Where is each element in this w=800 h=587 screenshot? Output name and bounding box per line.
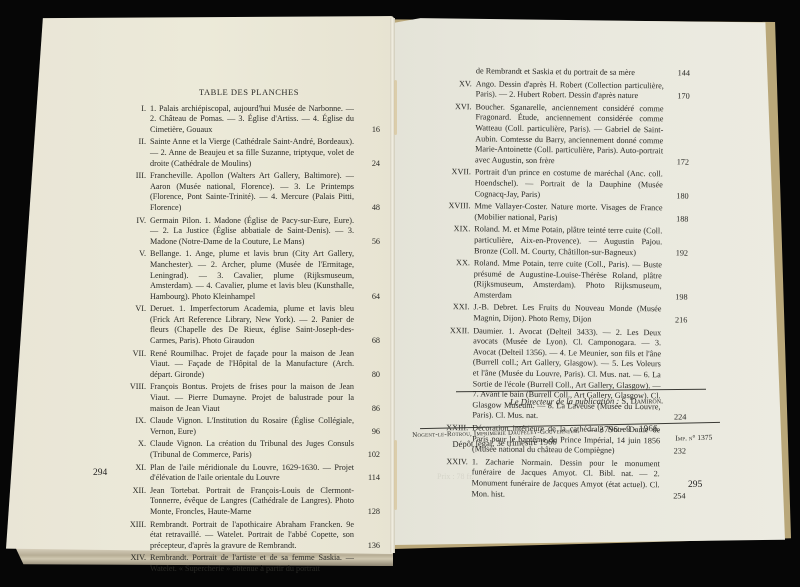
entry-page: 188: [662, 214, 688, 225]
toc-entry: VI.Deruet. 1. Imperfectorum Academia, pl…: [118, 304, 380, 346]
open-book: TABLE DES PLANCHES I.1. Palais archiépis…: [0, 0, 800, 587]
plate-number: XXI.: [437, 302, 473, 324]
impression-number: Imp. n° 1375: [675, 433, 712, 444]
entry-text: Francheville. Apollon (Walters Art Galle…: [150, 171, 354, 213]
entry-page: 136: [354, 541, 380, 552]
entry-page: 48: [354, 203, 380, 214]
show-through-text: Prix : 78 fr.: [437, 472, 473, 481]
entry-text: Portrait d'un prince en costume de maréc…: [475, 168, 663, 202]
binding-mark: [394, 80, 397, 135]
entry-text: Boucher. Sganarelle, anciennement consid…: [475, 102, 664, 168]
entry-text: Claude Vignon. L'Institution du Rosaire …: [150, 416, 354, 437]
plate-number: XX.: [438, 258, 474, 301]
entry-page: 128: [354, 507, 380, 518]
toc-entry: XIX.Roland. M. et Mme Potain, plâtre tei…: [438, 224, 688, 258]
publication-director: Le Directeur de la publication : S. Dami…: [510, 395, 663, 406]
entry-page: 64: [354, 292, 380, 303]
entry-text: Deruet. 1. Imperfectorum Academia, plume…: [150, 304, 354, 346]
entry-page: 198: [662, 292, 688, 303]
toc-entry: XVIII.Mme Vallayer-Coster. Nature morte.…: [438, 201, 688, 225]
entry-page: 96: [354, 427, 380, 438]
entry-page: 102: [354, 450, 380, 461]
toc-entry: XX.Roland. Mme Potain, terre cuite (Coll…: [438, 258, 688, 303]
entry-text: Daumier. 1. Avocat (Delteil 3433). — 2. …: [472, 326, 661, 423]
entry-page: 172: [663, 157, 689, 168]
plate-number: X.: [118, 439, 150, 460]
toc-entry: IX.Claude Vignon. L'Institution du Rosai…: [118, 416, 380, 437]
entry-page: 86: [354, 404, 380, 415]
entry-page: 24: [354, 159, 380, 170]
plate-number: V.: [118, 249, 150, 302]
entry-text: Ango. Dessin d'après H. Robert (Collecti…: [476, 79, 664, 102]
plate-number: XVIII.: [438, 201, 474, 223]
plate-number: VIII.: [118, 382, 150, 414]
entry-text: Roland. Mme Potain, terre cuite (Coll., …: [474, 258, 662, 302]
print-code: — 3796 - 9 - 1966.: [588, 423, 661, 435]
toc-entry: IV.Germain Pilon. 1. Madone (Église de P…: [118, 216, 380, 248]
binding-mark: [394, 440, 397, 510]
plate-number: XVII.: [439, 167, 475, 199]
toc-entry: XIII.Rembrandt. Portrait de l'apothicair…: [118, 520, 380, 552]
entry-page: 170: [664, 92, 690, 103]
toc-entry: XIV.Rembrandt. Portrait de l'artiste et …: [118, 553, 380, 574]
plate-number: VI.: [118, 304, 150, 346]
toc-entry: V.Bellange. 1. Ange, plume et lavis brun…: [118, 249, 380, 302]
page-number-right: 295: [688, 480, 702, 490]
entry-page: 216: [661, 315, 687, 326]
director-label: Le Directeur de la publication :: [510, 396, 619, 407]
page-number-left: 294: [93, 468, 107, 478]
entry-page: 16: [354, 125, 380, 136]
plate-number: VII.: [118, 349, 150, 381]
entry-text: Roland. M. et Mme Potain, plâtre teinté …: [474, 225, 662, 259]
entry-text: 1. Zacharie Normain. Dessin pour le monu…: [471, 457, 659, 501]
plate-number: XII.: [118, 486, 150, 518]
entry-text: Jean Tortebat. Portrait de François-Loui…: [150, 486, 354, 518]
entry-text: Bellange. 1. Ange, plume et lavis brun (…: [150, 249, 354, 302]
entry-text: Mme Vallayer-Coster. Nature morte. Visag…: [474, 201, 662, 224]
entry-page: 254: [659, 491, 685, 502]
toc-continuation: de Rembrandt et Saskia et du portrait de…: [440, 66, 690, 79]
plate-number: XIV.: [118, 553, 150, 574]
plate-number: XV.: [440, 79, 476, 101]
entry-page: 56: [354, 237, 380, 248]
toc-entry: I.1. Palais archiépiscopal, aujourd'hui …: [118, 104, 380, 136]
toc-entry: XVI.Boucher. Sganarelle, anciennement co…: [439, 102, 690, 168]
director-name: S. Damiron.: [621, 395, 663, 405]
entry-page: 180: [663, 191, 689, 202]
toc-entry: XXI.J.-B. Debret. Les Fruits du Nouveau …: [437, 302, 687, 326]
toc-entry: XXII.Daumier. 1. Avocat (Delteil 3433). …: [436, 326, 687, 424]
plate-number: XXII.: [436, 326, 473, 422]
plate-number: XIX.: [438, 224, 474, 256]
entry-page: 114: [354, 473, 380, 484]
entry-text: Germain Pilon. 1. Madone (Église de Pacy…: [150, 216, 354, 248]
plate-number: IV.: [118, 216, 150, 248]
plate-number: I.: [118, 104, 150, 136]
plate-number: XIII.: [118, 520, 150, 552]
plate-number: III.: [118, 171, 150, 213]
toc-entry: II.Sainte Anne et la Vierge (Cathédrale …: [118, 137, 380, 169]
entry-text: J.-B. Debret. Les Fruits du Nouveau Mond…: [473, 303, 661, 326]
entry-page: 144: [664, 68, 690, 79]
toc-entries-left: I.1. Palais archiépiscopal, aujourd'hui …: [118, 104, 380, 575]
toc-entry: VIII.François Bontus. Projets de frises …: [118, 382, 380, 414]
toc-entry: XI.Plan de l'aile méridionale du Louvre,…: [118, 463, 380, 484]
toc-entry: III.Francheville. Apollon (Walters Art G…: [118, 171, 380, 213]
plate-number: II.: [118, 137, 150, 169]
entry-text: de Rembrandt et Saskia et du portrait de…: [476, 66, 664, 79]
entry-text: François Bontus. Projets de frises pour …: [150, 382, 354, 414]
plate-number: XVI.: [439, 102, 476, 166]
entry-text: René Roumilhac. Projet de façade pour la…: [150, 349, 354, 381]
entry-page: 80: [354, 370, 380, 381]
left-toc-column: TABLE DES PLANCHES I.1. Palais archiépis…: [118, 87, 380, 577]
entry-text: 1. Palais archiépiscopal, aujourd'hui Mu…: [150, 104, 354, 136]
toc-entry: XV.Ango. Dessin d'après H. Robert (Colle…: [440, 79, 690, 103]
plate-number: IX.: [118, 416, 150, 437]
toc-title: TABLE DES PLANCHES: [118, 87, 380, 98]
entry-text: Claude Vignon. La création du Tribunal d…: [150, 439, 354, 460]
entry-text: Plan de l'aile méridionale du Louvre, 16…: [150, 463, 354, 484]
toc-entry: VII.René Roumilhac. Projet de façade pou…: [118, 349, 380, 381]
entry-text: Rembrandt. Portrait de l'apothicaire Abr…: [150, 520, 354, 552]
toc-entry: X.Claude Vignon. La création du Tribunal…: [118, 439, 380, 460]
plate-number: XI.: [118, 463, 150, 484]
entry-text: Sainte Anne et la Vierge (Cathédrale Sai…: [150, 137, 354, 169]
entry-text: Rembrandt. Portrait de l'artiste et de s…: [150, 553, 354, 574]
entry-page: 192: [662, 248, 688, 259]
entry-page: 68: [354, 336, 380, 347]
entry-page: 232: [660, 447, 686, 458]
toc-entry: XII.Jean Tortebat. Portrait de François-…: [118, 486, 380, 518]
toc-entry: XVII.Portrait d'un prince en costume de …: [439, 167, 689, 201]
